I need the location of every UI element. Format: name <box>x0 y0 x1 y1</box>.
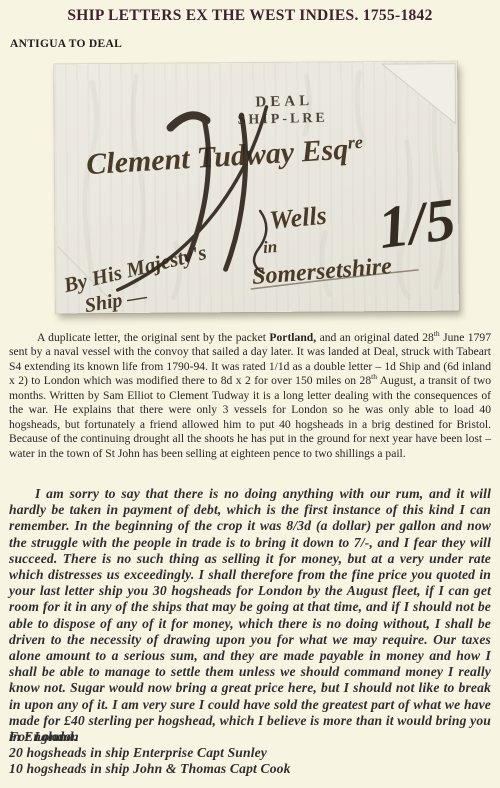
fold-corner <box>382 64 455 125</box>
deal-ship-letter-postmark: DEAL SHIP-LRE <box>237 93 328 128</box>
route-subtitle: ANTIGUA TO DEAL <box>10 38 122 50</box>
manifest-line-john-thomas: 10 hogsheads in ship John & Thomas Capt … <box>9 761 491 777</box>
endorsement-script: By His Majesty's Ship — <box>60 240 209 313</box>
cargo-manifest: For London 20 hogsheads in ship Enterpri… <box>9 729 491 778</box>
manifest-line-enterprise: 20 hogsheads in ship Enterprise Capt Sun… <box>9 745 491 761</box>
letter-scan: DEAL SHIP-LRE Clement Tudway Esqre Wells… <box>54 62 459 314</box>
address-town: Wells <box>268 201 328 235</box>
quoted-letter-text: I am sorry to say that there is no doing… <box>9 486 491 745</box>
letter-markings: DEAL SHIP-LRE Clement Tudway Esqre Wells… <box>54 62 459 314</box>
description-paragraph: A duplicate letter, the original sent by… <box>9 331 491 461</box>
address-name: Clement Tudway Esqre <box>85 132 364 181</box>
address-county: Somersetshire <box>251 253 393 290</box>
postmark-line1: DEAL <box>255 93 313 110</box>
manifest-line-for-london: For London <box>9 729 491 745</box>
page-title: SHIP LETTERS EX THE WEST INDIES. 1755-18… <box>0 7 500 25</box>
postmark-line2: SHIP-LRE <box>237 111 327 128</box>
rate-marking: 1/5 <box>375 186 459 261</box>
